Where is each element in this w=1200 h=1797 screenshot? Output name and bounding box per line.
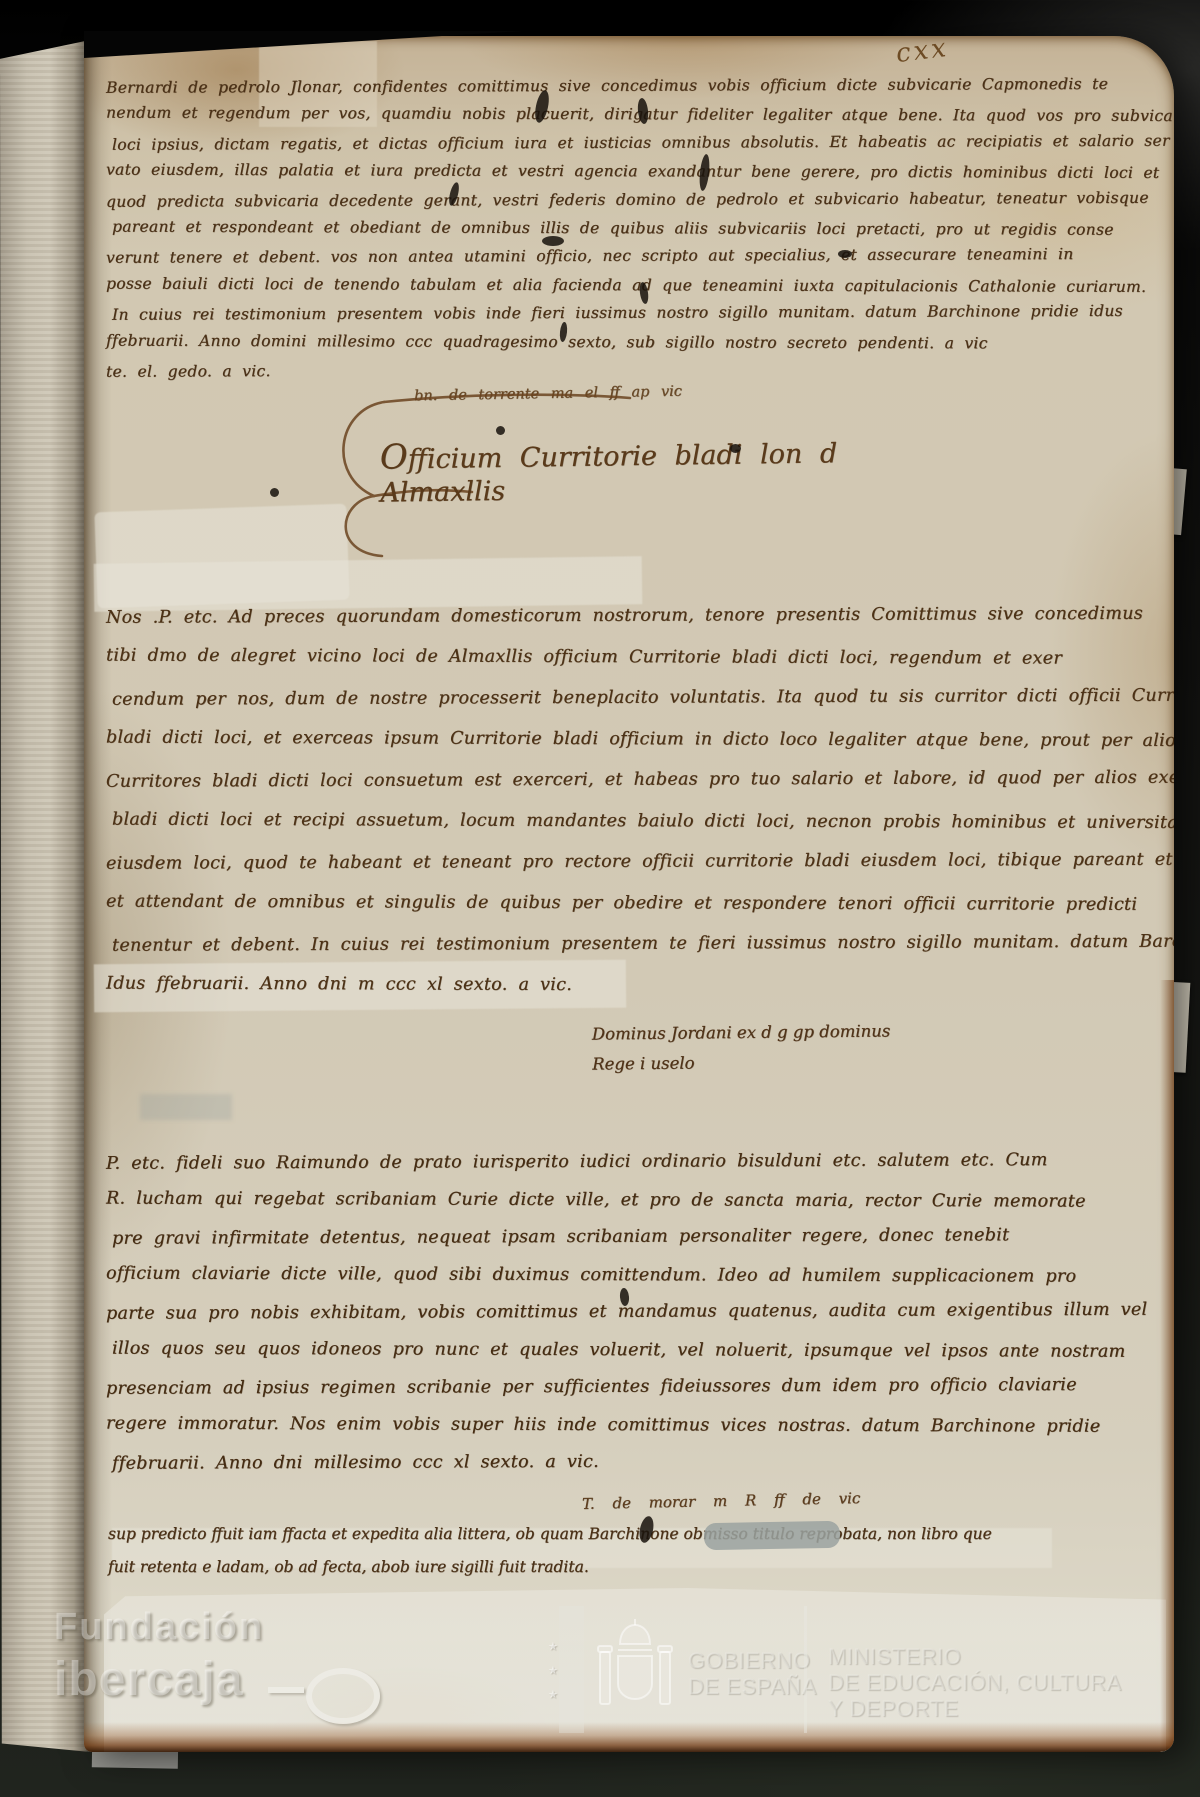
star-icon: ★ — [548, 1640, 560, 1653]
manuscript-line: Bernardi de pedrolo Jlonar, confidentes … — [106, 70, 1018, 102]
manuscript-line: tibi dmo de alegret vicino loci de Almax… — [106, 636, 1022, 680]
watermark-divider — [804, 1606, 807, 1733]
manuscript-line: Nos .P. etc. Ad preces quorundam domesti… — [106, 594, 1022, 639]
manuscript-line: verunt tenere et debent. vos non antea u… — [106, 241, 1018, 273]
manuscript-line: sup predicto ffuit iam ffacta et expedit… — [108, 1518, 1038, 1551]
manuscript-line: vato eiusdem, illas palatia et iura pred… — [106, 156, 1018, 187]
scorched-edge — [84, 1722, 1174, 1752]
manuscript-line: posse baiuli dicti loci de tenendo tabul… — [106, 269, 1018, 300]
manuscript-line: regere immoratur. Nos enim vobis super h… — [106, 1405, 1022, 1445]
manuscript-line: pareant et respondeant et obediant de om… — [112, 213, 1018, 244]
manuscript-line: officium claviarie dicte ville, quod sib… — [106, 1255, 1022, 1295]
book-gutter-pages — [0, 40, 90, 1752]
manuscript-line: quod predicta subvicaria decedente geran… — [106, 184, 1018, 216]
manuscript-line: bladi dicti loci, et exerceas ipsum Curr… — [106, 718, 1022, 762]
manuscript-line: R. lucham qui regebat scribaniam Curie d… — [106, 1180, 1022, 1220]
scorched-edge — [1160, 980, 1174, 1752]
ink-blot — [838, 250, 852, 258]
manuscript-line: tenentur et debent. In cuius rei testimo… — [112, 922, 1022, 966]
ink-blot — [730, 444, 741, 453]
registration-postscript: sup predicto ffuit iam ffacta et expedit… — [108, 1518, 1038, 1584]
star-icon: ★ — [548, 1688, 560, 1701]
manuscript-line: nendum et regendum per vos, quamdiu nobi… — [106, 99, 1018, 130]
manuscript-line: pre gravi infirmitate detentus, nequeat … — [112, 1217, 1022, 1258]
ibercaja-logo-dash — [268, 1687, 304, 1693]
photo-background: cxx Bernardi de pedrolo Jlonar, confiden… — [0, 0, 1200, 1797]
manuscript-line: P. etc. fideli suo Raimundo de prato iur… — [106, 1142, 1022, 1183]
notary-note: T. de morar m R ff de vic — [582, 1489, 861, 1513]
manuscript-colophon-line: ffebruarii. Anno dni millesimo ccc xl se… — [112, 1442, 1022, 1483]
gray-correction-blot — [704, 1521, 840, 1550]
ink-blot — [496, 426, 505, 435]
spain-coat-of-arms-icon — [597, 1616, 673, 1716]
manuscript-line: fuit retenta e ladam, ob ad fecta, abob … — [108, 1551, 1038, 1584]
ink-blot — [270, 488, 279, 497]
flag-ribbon-watermark — [559, 1606, 584, 1733]
manuscript-colophon-line: Idus ffebruarii. Anno dni m ccc xl sexto… — [106, 964, 1022, 1008]
manuscript-page: cxx Bernardi de pedrolo Jlonar, confiden… — [84, 36, 1174, 1752]
paragraph-2: Nos .P. etc. Ad preces quorundam domesti… — [106, 596, 1022, 1006]
gray-smudge — [140, 1094, 232, 1120]
manuscript-line: cendum per nos, dum de nostre processeri… — [112, 676, 1022, 720]
star-icon: ★ — [548, 1664, 560, 1677]
ink-blot — [542, 236, 564, 246]
ministerio-watermark-line2: DE EDUCACIÓN, CULTURA — [828, 1670, 1122, 1696]
chancery-signature: Dominus Jordani ex d g gp dominus Rege i… — [592, 1016, 891, 1079]
section-heading: Officium Curritorie bladi lon d Almaxlli… — [380, 430, 901, 508]
manuscript-line: et attendant de omnibus et singulis de q… — [106, 882, 1022, 926]
manuscript-line: presenciam ad ipsius regimen scribanie p… — [106, 1367, 1022, 1408]
signature-line: Dominus Jordani ex d g gp dominus — [592, 1016, 891, 1049]
manuscript-line: loci ipsius, dictam regatis, et dictas o… — [112, 127, 1018, 159]
manuscript-line: bladi dicti loci et recipi assuetum, loc… — [112, 800, 1022, 844]
manuscript-line: parte sua pro nobis exhibitam, vobis com… — [106, 1292, 1022, 1333]
signature-line: Rege i uselo — [592, 1046, 891, 1079]
manuscript-line: illos quos seu quos idoneos pro nunc et … — [112, 1330, 1022, 1370]
gobierno-watermark-line1: GOBIERNO — [688, 1648, 811, 1674]
ibercaja-swirl-logo-icon — [306, 1668, 380, 1724]
folio-number: cxx — [894, 36, 950, 69]
manuscript-line: eiusdem loci, quod te habeant et teneant… — [106, 840, 1022, 885]
ministerio-watermark-line1: MINISTERIO — [828, 1644, 961, 1670]
paragraph-3: P. etc. fideli suo Raimundo de prato iur… — [106, 1144, 1022, 1482]
ibercaja-watermark-line1: Fundación — [54, 1606, 264, 1649]
ibercaja-watermark-line2: ibercaja — [54, 1652, 243, 1707]
gobierno-watermark-line2: DE ESPAÑA — [688, 1674, 817, 1700]
manuscript-line: Curritores bladi dicti loci consuetum es… — [106, 758, 1022, 803]
ministerio-watermark-line3: Y DEPORTE — [828, 1696, 959, 1722]
